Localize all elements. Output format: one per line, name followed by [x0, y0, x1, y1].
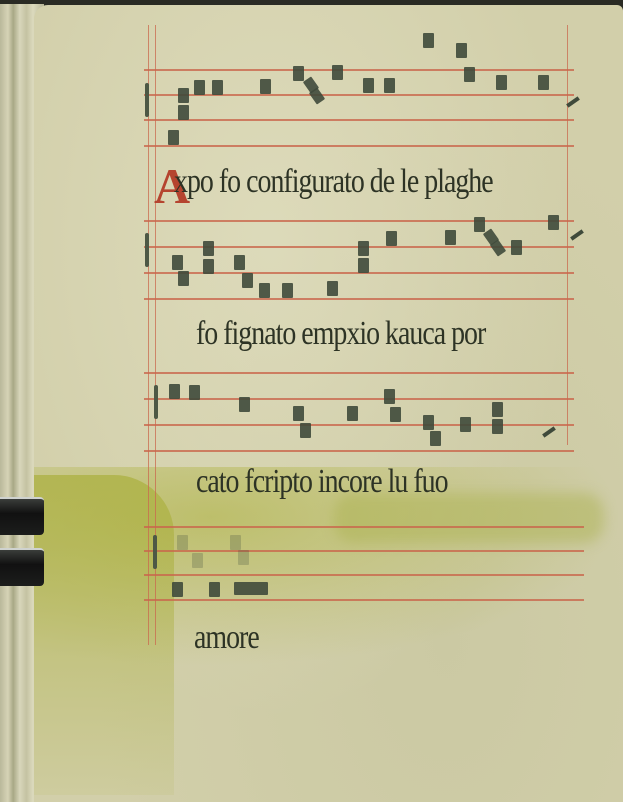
clef-icon [154, 385, 158, 419]
lyric-line-3: cato fcripto incore lu fuo [196, 463, 448, 501]
clef-icon [145, 233, 149, 267]
clef-icon [145, 83, 149, 117]
book-clamp-bottom [0, 548, 44, 586]
custos-icon [542, 426, 556, 437]
margin-ruling-left [148, 25, 149, 645]
clef-icon [153, 535, 157, 569]
lyric-line-4: amore [194, 619, 259, 657]
custos-icon [566, 96, 580, 107]
manuscript-page: A xpo fo configurato de le plaghe fo fig… [34, 5, 623, 802]
lyric-line-1: xpo fo configurato de le plaghe [174, 163, 493, 201]
custos-icon [570, 229, 584, 240]
water-stain-left [34, 475, 174, 795]
margin-ruling-right [567, 25, 568, 445]
lyric-line-2: fo fignato empxio kauca por [196, 315, 485, 353]
book-clamp-top [0, 497, 44, 535]
